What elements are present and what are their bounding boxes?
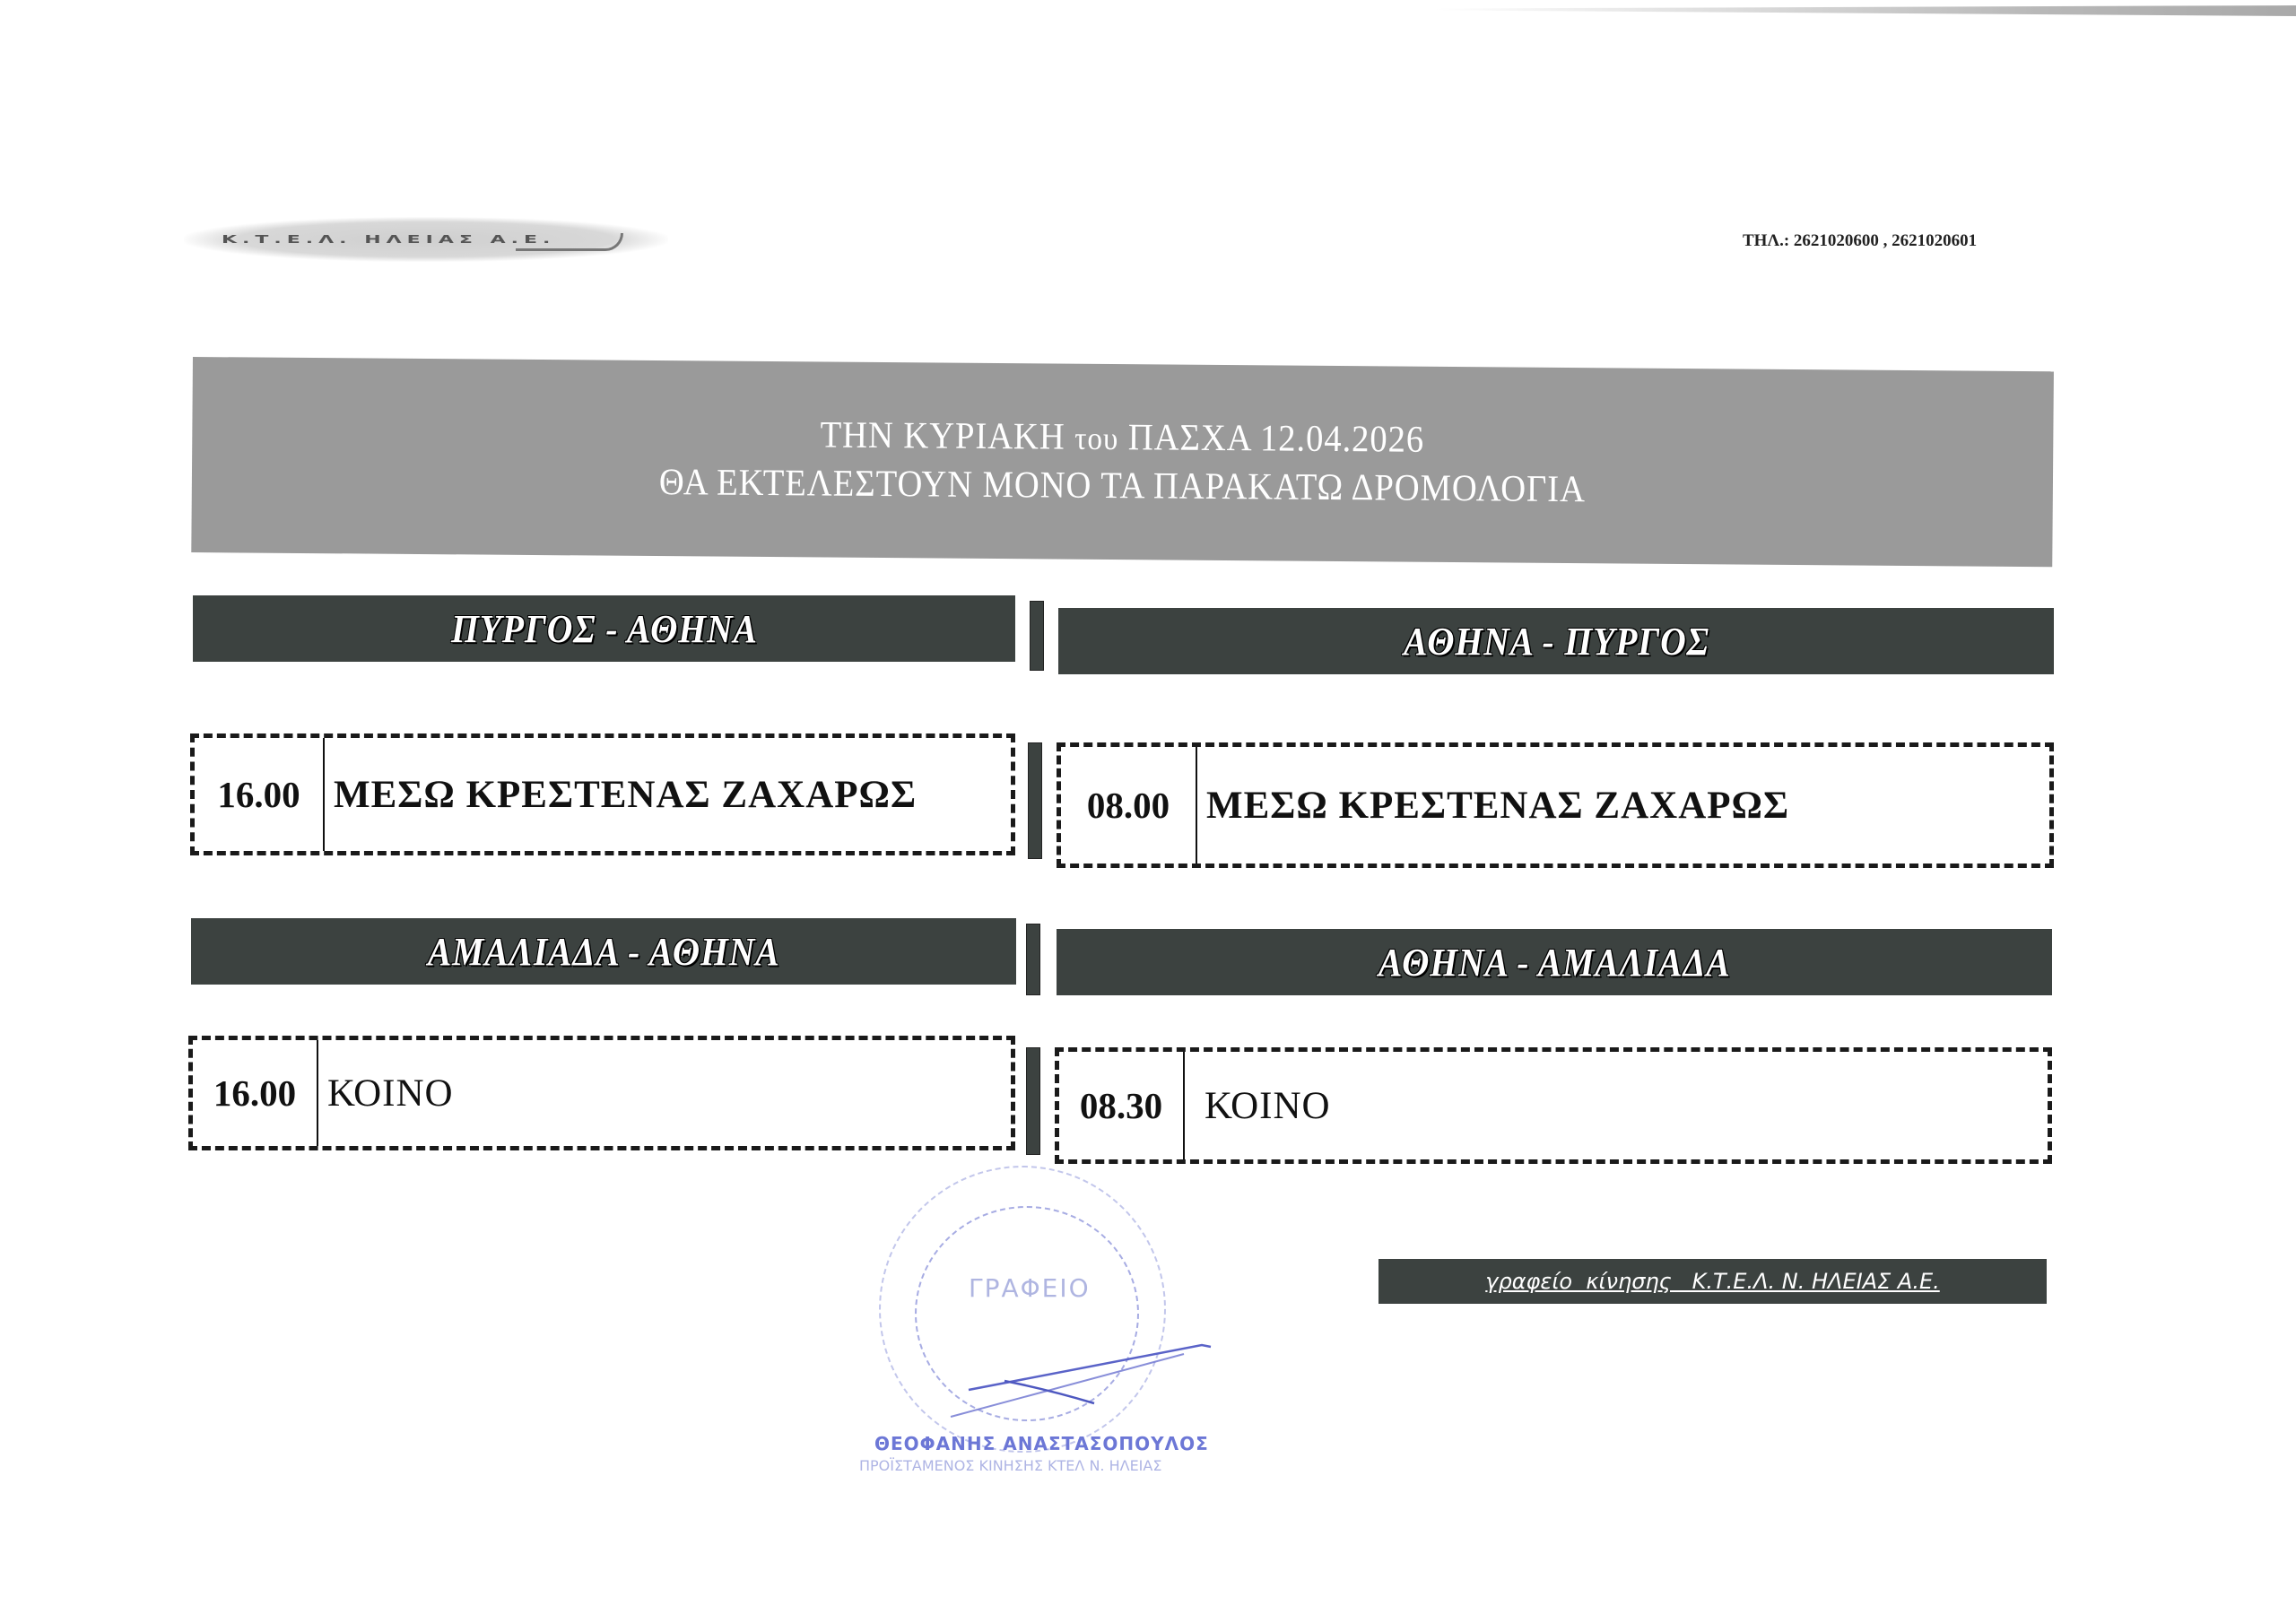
trip-row: 08.30 ΚΟΙΝΟ <box>1055 1047 2052 1164</box>
trip-time: 08.30 <box>1059 1052 1185 1159</box>
column-divider <box>1026 924 1040 995</box>
column-divider <box>1030 601 1044 671</box>
route-header-amaliada-athens: ΑΜΑΛΙΑΔΑ - ΑΘΗΝΑ <box>191 918 1016 985</box>
scan-edge-artifact <box>1435 5 2296 16</box>
trip-time: 16.00 <box>195 738 325 851</box>
column-divider <box>1026 1047 1040 1155</box>
signatory-title: ΠΡΟΪΣΤΑΜΕΝΟΣ ΚΙΝΗΣΗΣ ΚΤΕΛ Ν. ΗΛΕΙΑΣ <box>859 1457 1161 1474</box>
trip-time: 08.00 <box>1061 747 1197 864</box>
stamp-center-text: ΓΡΑΦΕΙΟ <box>969 1273 1091 1303</box>
trip-row: 16.00 ΜΕΣΩ ΚΡΕΣΤΕΝΑΣ ΖΑΧΑΡΩΣ <box>190 733 1015 855</box>
trip-description: ΜΕΣΩ ΚΡΕΣΤΕΝΑΣ ΖΑΧΑΡΩΣ <box>325 773 917 817</box>
banner-line-1: ΤΗΝ ΚΥΡΙΑΚΗ του ΠΑΣΧΑ 12.04.2026 <box>821 414 1425 462</box>
route-header-pyrgos-athens: ΠΥΡΓΟΣ - ΑΘΗΝΑ <box>193 595 1015 662</box>
company-logo: Κ.Τ.Ε.Λ. ΗΛΕΙΑΣ Α.Ε. <box>184 217 668 262</box>
trip-description: ΚΟΙΝΟ <box>1185 1084 1331 1128</box>
logo-text: Κ.Τ.Ε.Λ. ΗΛΕΙΑΣ Α.Ε. <box>222 233 555 246</box>
banner-line-2: ΘΑ ΕΚΤΕΛΕΣΤΟΥΝ ΜΟΝΟ ΤΑ ΠΑΡΑΚΑΤΩ ΔΡΟΜΟΛΟΓ… <box>659 461 1586 511</box>
trip-row: 08.00 ΜΕΣΩ ΚΡΕΣΤΕΝΑΣ ΖΑΧΑΡΩΣ <box>1057 742 2054 868</box>
route-header-athens-pyrgos: ΑΘΗΝΑ - ΠΥΡΓΟΣ <box>1058 608 2054 674</box>
trip-row: 16.00 ΚΟΙΝΟ <box>188 1036 1015 1150</box>
route-header-athens-amaliada: ΑΘΗΝΑ - ΑΜΑΛΙΑΔΑ <box>1057 929 2052 995</box>
trip-description: ΜΕΣΩ ΚΡΕΣΤΕΝΑΣ ΖΑΧΑΡΩΣ <box>1197 784 1789 828</box>
logo-swoosh-icon <box>516 233 623 251</box>
signature-icon <box>915 1327 1238 1426</box>
column-divider <box>1028 742 1042 859</box>
office-label: γραφείο κίνησης Κ.Τ.Ε.Λ. Ν. ΗΛΕΙΑΣ Α.Ε. <box>1378 1259 2047 1304</box>
phone-numbers: ΤΗΛ.: 2621020600 , 2621020601 <box>1743 231 1977 251</box>
signatory-name: ΘΕΟΦΑΝΗΣ ΑΝΑΣΤΑΣΟΠΟΥΛΟΣ <box>874 1433 1209 1454</box>
trip-description: ΚΟΙΝΟ <box>318 1072 454 1115</box>
notice-banner: ΤΗΝ ΚΥΡΙΑΚΗ του ΠΑΣΧΑ 12.04.2026 ΘΑ ΕΚΤΕ… <box>191 357 2054 567</box>
trip-time: 16.00 <box>193 1040 318 1146</box>
